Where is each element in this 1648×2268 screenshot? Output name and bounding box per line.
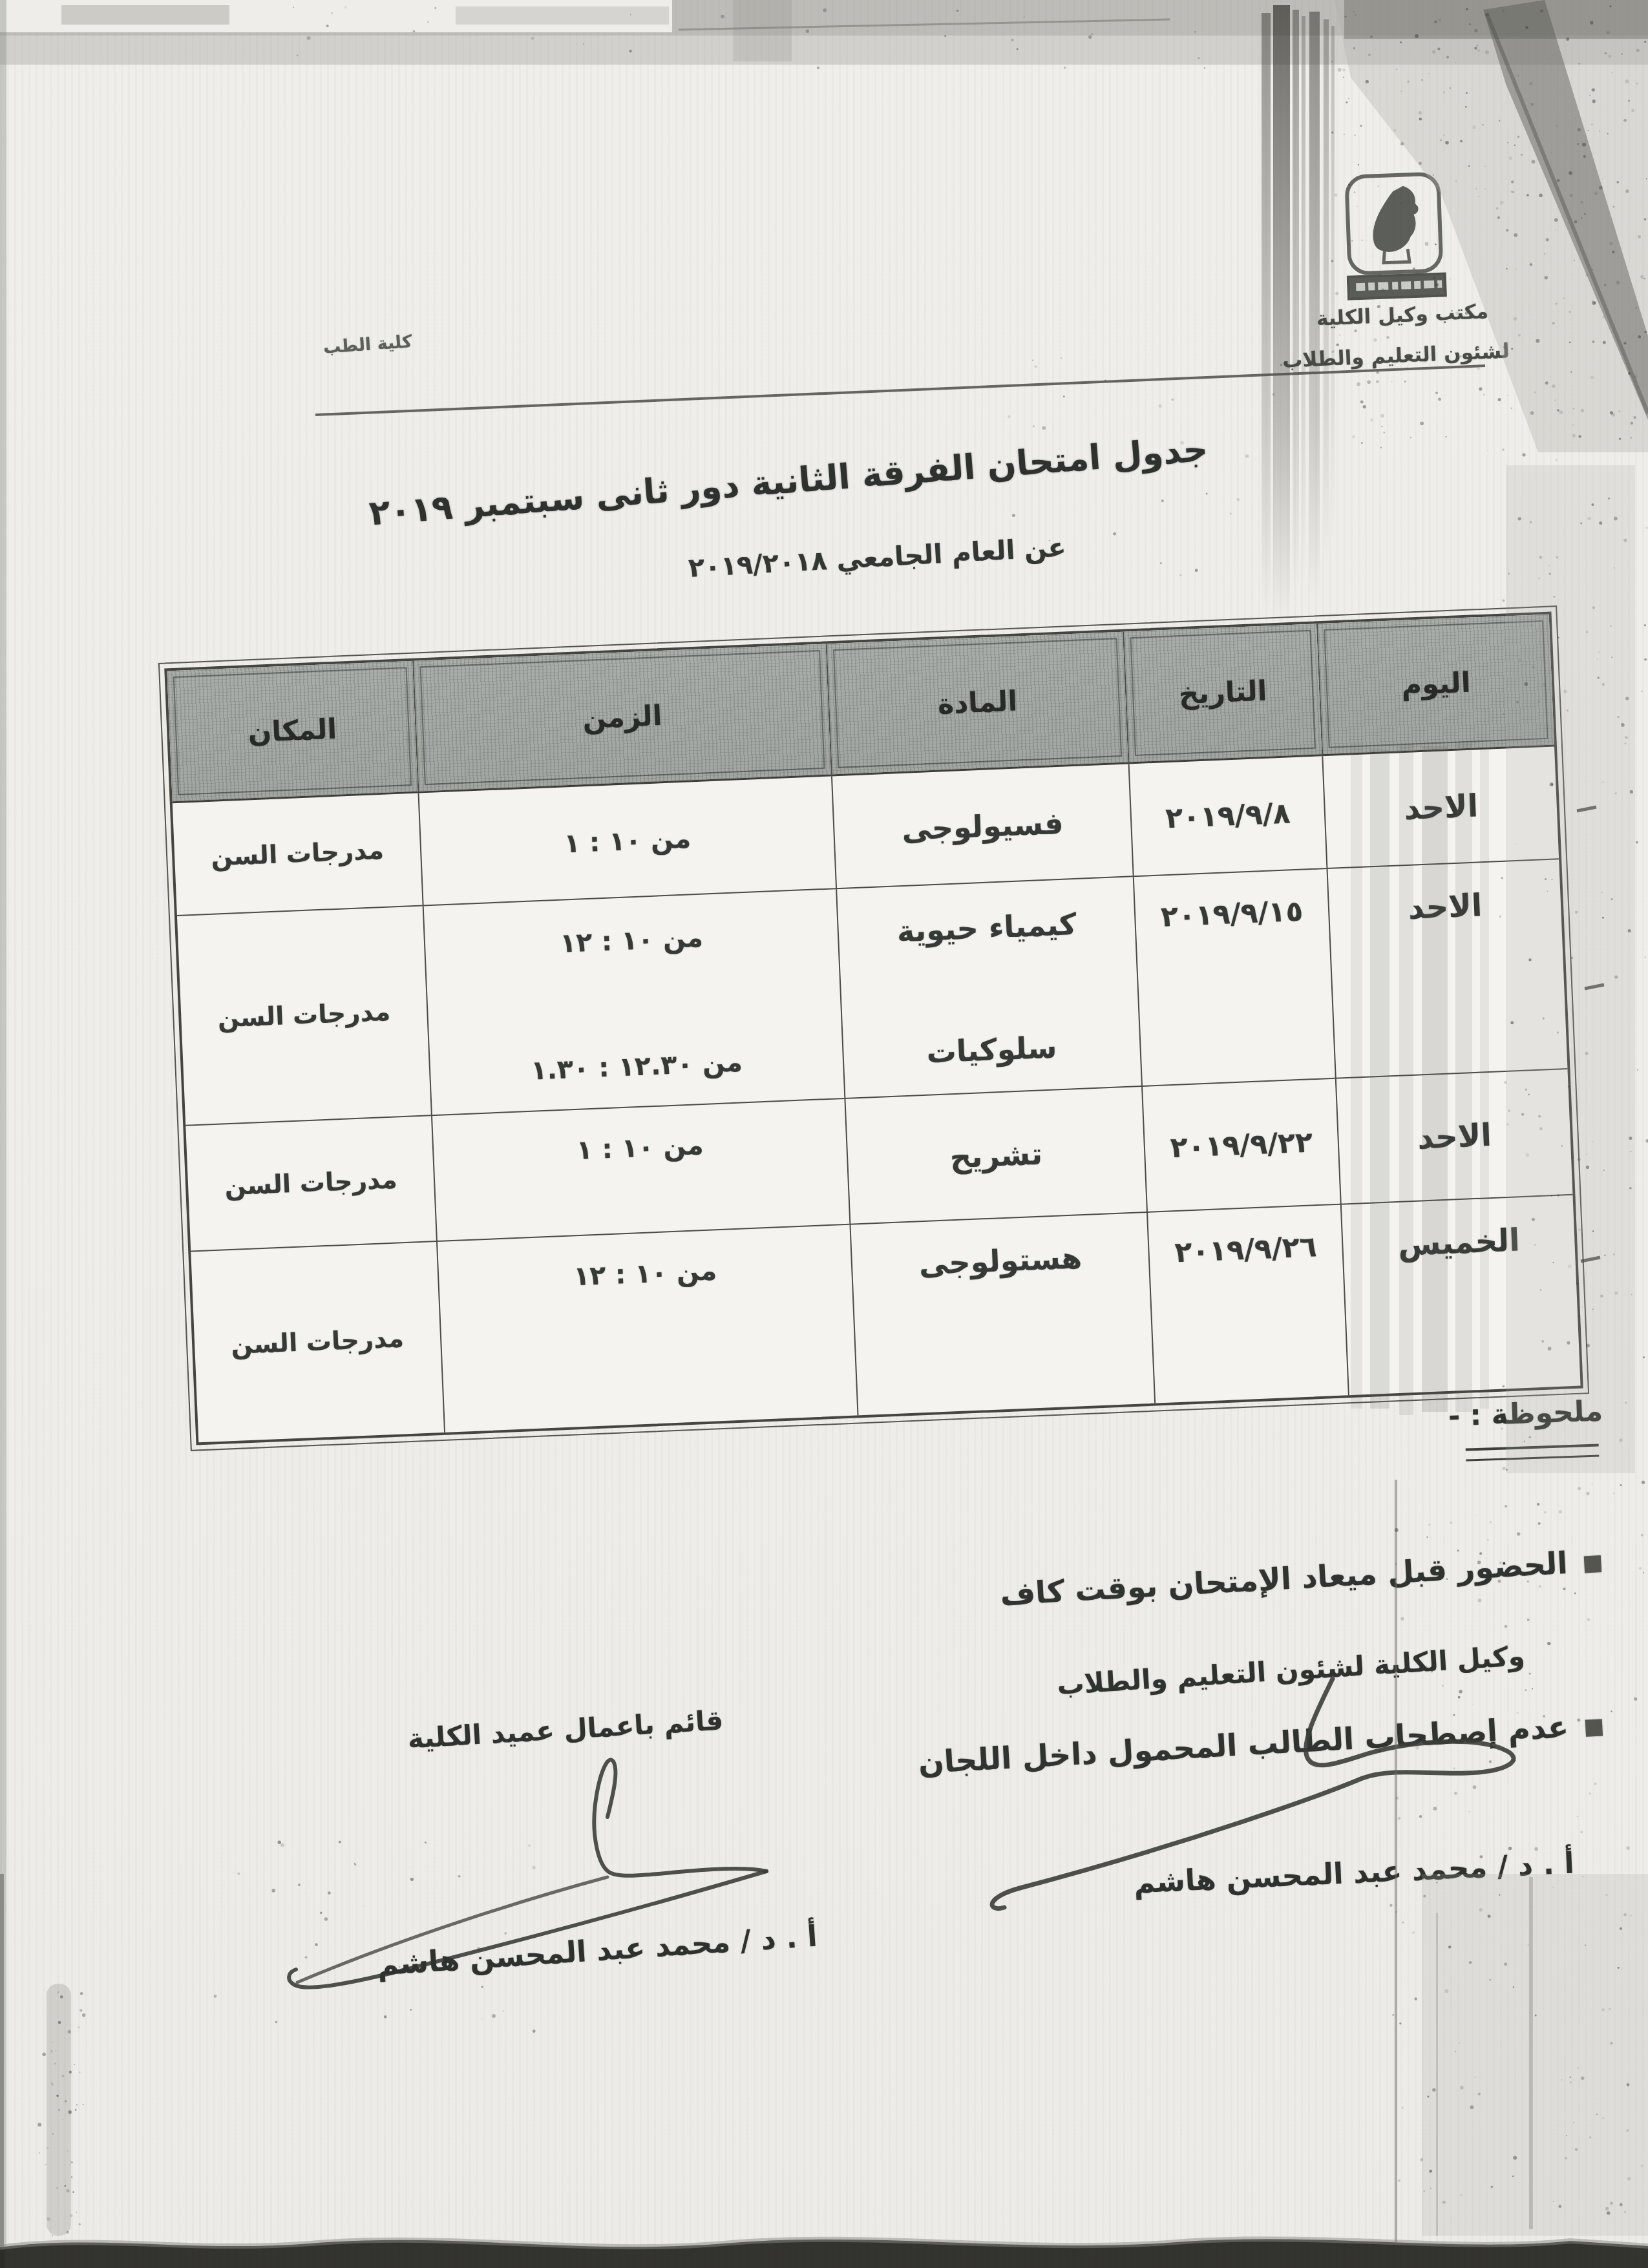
column-header-day: اليوم (1316, 614, 1554, 757)
vice-dean-title: وكيل الكلية لشئون التعليم والطلاب (1150, 1640, 1526, 1695)
subject-session-1: كيمياء حيوية (896, 907, 1077, 949)
table-cell-time: من ١٠ : ١٢ (436, 1225, 858, 1433)
time-session-2: من ١٢.٣٠ : ١.٣٠ (530, 1046, 743, 1086)
table-cell-subject: كيمياء حيوية سلوكيات (836, 877, 1141, 1099)
subject-session-2: سلوكيات (926, 1029, 1058, 1069)
table-cell-day: الاحد (1322, 746, 1559, 869)
document-title: جدول امتحان الفرقة الثانية دور ثانى سبتم… (613, 430, 1209, 514)
table-cell-time: من ١٠ : ١ (417, 776, 836, 906)
table-cell-date: ٢٠١٩/٩/١٥ (1133, 869, 1335, 1087)
table-cell-day: الخميس (1340, 1195, 1581, 1396)
vice-dean-name: أ . د / محمد عبد المحسن هاشم (1108, 1845, 1600, 1901)
scanned-document-page: كلية الطب مكتب وكيل الكلية لشئون التعليم… (0, 0, 1648, 2268)
note-item: عدم إصطحاب الطالب المحمول داخل اللجان (918, 1707, 1603, 1781)
table-cell-date: ٢٠١٩/٩/٢٢ (1141, 1079, 1340, 1213)
nefertiti-emblem-icon (1343, 170, 1452, 319)
square-bullet-icon (1584, 1555, 1601, 1573)
note-item: الحضور قبل ميعاد الإمتحان بوقت كاف (999, 1544, 1602, 1613)
table-cell-subject: هستولوجى (849, 1213, 1154, 1416)
exam-schedule-table: اليوم التاريخ المادة الزمن المكان الاحد … (164, 611, 1583, 1445)
note-text: عدم إصطحاب الطالب المحمول داخل اللجان (918, 1709, 1570, 1781)
office-label-line1: مكتب وكيل الكلية (1295, 299, 1509, 331)
table-cell-time: من ١٠ : ١٢ من ١٢.٣٠ : ١.٣٠ (423, 889, 845, 1116)
column-header-date: التاريخ (1123, 624, 1322, 764)
university-logo (1343, 170, 1452, 319)
office-label-line2: لشئون التعليم والطلاب (1269, 339, 1522, 373)
dean-title: قائم باعمال عميد الكلية (407, 1705, 724, 1755)
column-header-place: المكان (167, 661, 417, 803)
table-cell-place: مدرجات السن (185, 1116, 436, 1252)
dean-name: أ . د / محمد عبد المحسن هاشم (377, 1919, 818, 1982)
square-bullet-icon (1585, 1719, 1603, 1736)
table-cell-day: الاحد (1326, 859, 1567, 1078)
table-cell-subject: تشريح (844, 1087, 1146, 1225)
table-cell-place: مدرجات السن (191, 1242, 444, 1442)
table-cell-day: الاحد (1335, 1069, 1573, 1205)
dean-signature (246, 1745, 827, 2016)
table-cell-time: من ١٠ : ١ (431, 1099, 849, 1242)
table-cell-place: مدرجات السن (177, 906, 431, 1126)
table-cell-subject: فسيولوجى (831, 764, 1133, 890)
column-header-subject: المادة (826, 632, 1128, 777)
note-text: الحضور قبل ميعاد الإمتحان بوقت كاف (999, 1546, 1569, 1613)
table-cell-date: ٢٠١٩/٩/٨ (1128, 756, 1327, 877)
time-session-1: من ١٠ : ١٢ (559, 922, 703, 959)
column-header-time: الزمن (412, 644, 831, 793)
academic-year-subtitle: عن العام الجامعي ٢٠١٩/٢٠١٨ (704, 531, 1067, 582)
table-cell-date: ٢٠١٩/٩/٢٦ (1146, 1205, 1348, 1403)
notes-underline (1466, 1444, 1600, 1461)
faculty-stamp: كلية الطب (322, 331, 413, 358)
notes-label: ملحوظة : - (1466, 1394, 1603, 1432)
table-cell-place: مدرجات السن (173, 793, 423, 916)
